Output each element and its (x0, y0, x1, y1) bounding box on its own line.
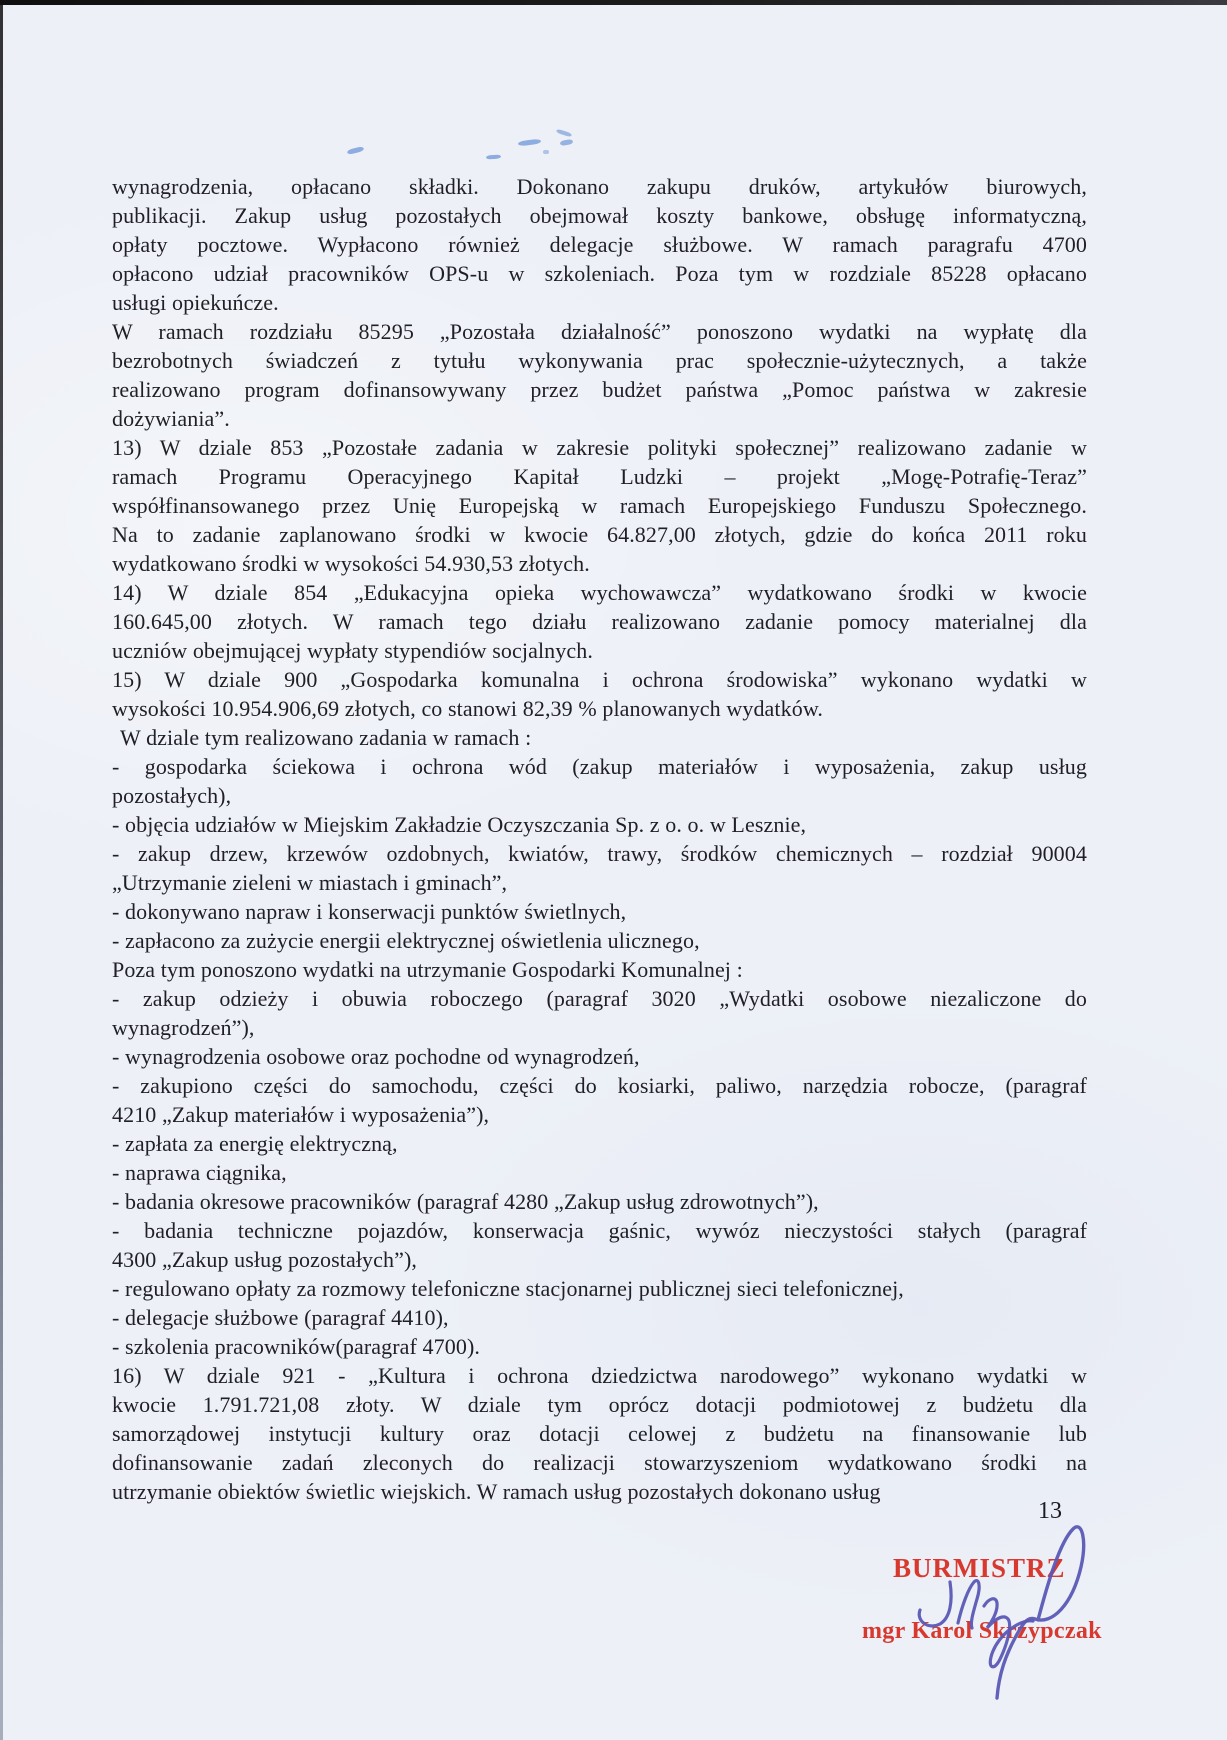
text-line: - badania techniczne pojazdów, konserwac… (112, 1216, 1087, 1245)
scan-edge-top (0, 0, 1227, 5)
text-line: publikacji. Zakup usług pozostałych obej… (112, 201, 1087, 230)
text-line: - delegacje służbowe (paragraf 4410), (112, 1303, 1087, 1332)
text-line: 16) W dziale 921 - „Kultura i ochrona dz… (112, 1361, 1087, 1390)
text-line: - zakupiono części do samochodu, części … (112, 1071, 1087, 1100)
text-line: Na to zadanie zaplanowano środki w kwoci… (112, 520, 1087, 549)
text-line: - szkolenia pracowników(paragraf 4700). (112, 1332, 1087, 1361)
text-line: ramach Programu Operacyjnego Kapitał Lud… (112, 462, 1087, 491)
text-line: - wynagrodzenia osobowe oraz pochodne od… (112, 1042, 1087, 1071)
text-line: wysokości 10.954.906,69 złotych, co stan… (112, 694, 1087, 723)
text-line: usługi opiekuńcze. (112, 288, 1087, 317)
page-number: 13 (1038, 1498, 1062, 1525)
text-line: pozostałych), (112, 781, 1087, 810)
text-line: 160.645,00 złotych. W ramach tego działu… (112, 607, 1087, 636)
text-line: wynagrodzeń”), (112, 1013, 1087, 1042)
text-line: współfinansowanego przez Unię Europejską… (112, 491, 1087, 520)
ink-smudge (560, 139, 574, 146)
text-line: 4210 „Zakup materiałów i wyposażenia”), (112, 1100, 1087, 1129)
text-line: 15) W dziale 900 „Gospodarka komunalna i… (112, 665, 1087, 694)
burmistrz-stamp-title: BURMISTRZ (893, 1553, 1066, 1584)
text-line: - naprawa ciągnika, (112, 1158, 1087, 1187)
ink-smudge (543, 150, 549, 154)
text-line: - gospodarka ściekowa i ochrona wód (zak… (112, 752, 1087, 781)
text-line: opłacono udział pracowników OPS-u w szko… (112, 259, 1087, 288)
text-line: 13) W dziale 853 „Pozostałe zadania w za… (112, 433, 1087, 462)
text-line: wydatkowano środki w wysokości 54.930,53… (112, 549, 1087, 578)
text-line: W dziale tym realizowano zadania w ramac… (112, 723, 1087, 752)
scan-edge-left (0, 0, 3, 1740)
text-line: wynagrodzenia, opłacano składki. Dokonan… (112, 172, 1087, 201)
text-line: - dokonywano napraw i konserwacji punktó… (112, 897, 1087, 926)
text-line: - badania okresowe pracowników (paragraf… (112, 1187, 1087, 1216)
text-line: - zapłata za energię elektryczną, (112, 1129, 1087, 1158)
text-line: uczniów obejmującej wypłaty stypendiów s… (112, 636, 1087, 665)
text-line: dofinansowanie zadań zleconych do realiz… (112, 1448, 1087, 1477)
text-line: - regulowano opłaty za rozmowy telefonic… (112, 1274, 1087, 1303)
text-line: „Utrzymanie zieleni w miastach i gminach… (112, 868, 1087, 897)
text-line: 14) W dziale 854 „Edukacyjna opieka wych… (112, 578, 1087, 607)
signer-name: mgr Karol Skrzypczak (862, 1618, 1102, 1645)
text-line: samorządowej instytucji kultury oraz dot… (112, 1419, 1087, 1448)
text-line: - zapłacono za zużycie energii elektrycz… (112, 926, 1087, 955)
text-line: - objęcia udziałów w Miejskim Zakładzie … (112, 810, 1087, 839)
text-line: 4300 „Zakup usług pozostałych”), (112, 1245, 1087, 1274)
text-line: bezrobotnych świadczeń z tytułu wykonywa… (112, 346, 1087, 375)
text-line: realizowano program dofinansowywany prze… (112, 375, 1087, 404)
ink-smudge (347, 146, 365, 155)
text-line: utrzymanie obiektów świetlic wiejskich. … (112, 1477, 1087, 1506)
text-line: opłaty pocztowe. Wypłacono również deleg… (112, 230, 1087, 259)
text-line: W ramach rozdziału 85295 „Pozostała dzia… (112, 317, 1087, 346)
text-line: dożywiania”. (112, 404, 1087, 433)
body-text: wynagrodzenia, opłacano składki. Dokonan… (112, 172, 1087, 1506)
text-line: Poza tym ponoszono wydatki na utrzymanie… (112, 955, 1087, 984)
text-line: - zakup drzew, krzewów ozdobnych, kwiató… (112, 839, 1087, 868)
text-line: kwocie 1.791.721,08 złoty. W dziale tym … (112, 1390, 1087, 1419)
ink-smudge (518, 139, 541, 147)
scanned-document-page: wynagrodzenia, opłacano składki. Dokonan… (0, 0, 1227, 1740)
ink-smudge (486, 154, 501, 159)
ink-smudge (556, 129, 572, 138)
text-line: - zakup odzieży i obuwia roboczego (para… (112, 984, 1087, 1013)
